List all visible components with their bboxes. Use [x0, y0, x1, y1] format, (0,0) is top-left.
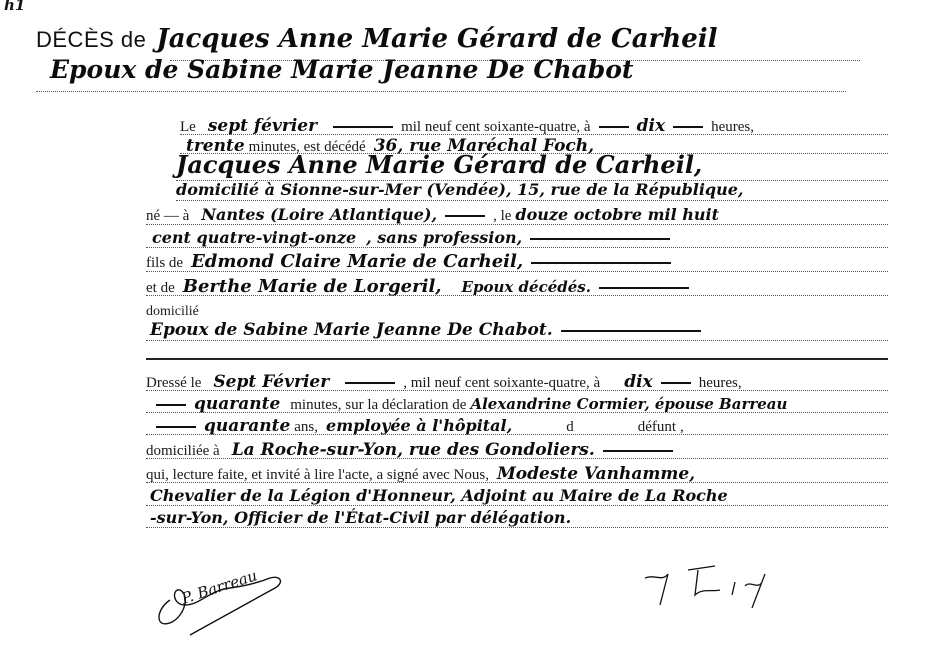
death-hour: dix: [637, 116, 665, 136]
ne-label: né — à: [146, 208, 189, 224]
birth-line: né — à Nantes (Loire Atlantique), , le d…: [146, 205, 719, 225]
dresse-label: Dressé le: [146, 375, 201, 391]
fils-label: fils de: [146, 255, 183, 271]
signature-left-icon: [150, 560, 300, 640]
declarant-address: La Roche-sur-Yon, rue des Gondoliers.: [232, 440, 595, 460]
profession: , sans profession,: [366, 228, 522, 247]
officer-title-line: Chevalier de la Légion d'Honneur, Adjoin…: [150, 486, 728, 506]
father-name: Edmond Claire Marie de Carheil,: [191, 251, 523, 272]
declarant-age-line: quarante ans, employée à l'hôpital, d dé…: [152, 416, 684, 436]
deceased-domicile: domicilié à Sionne-sur-Mer (Vendée), 15,…: [176, 180, 744, 199]
corner-mark: h1: [4, 0, 25, 14]
lecture-label: qui, lecture faite, et invité à lire l'a…: [146, 467, 489, 483]
birthplace: Nantes (Loire Atlantique),: [201, 205, 437, 224]
defunt-label: défunt: [638, 419, 676, 435]
parents-status: Epoux décédés.: [462, 278, 591, 296]
act-date: Sept Février: [213, 372, 329, 392]
act-year-printed: , mil neuf cent soixante-quatre, à: [403, 375, 600, 391]
act-date-line: Dressé le Sept Février , mil neuf cent s…: [146, 372, 742, 392]
signature-right-icon: [640, 560, 840, 620]
declaration-label: minutes, sur la déclaration de: [290, 397, 466, 413]
death-date-line: Le sept février mil neuf cent soixante-q…: [180, 116, 754, 136]
birth-year-line: cent quatre-vingt-onze , sans profession…: [152, 228, 674, 248]
declarant-signature: P. Barreau: [150, 560, 300, 645]
death-date: sept février: [208, 116, 317, 136]
deceased-name-line: Jacques Anne Marie Gérard de Carheil,: [176, 150, 702, 179]
domiciliee-label: domiciliée à: [146, 443, 220, 459]
le-label-2: , le: [493, 208, 511, 224]
et-de-label: et de: [146, 280, 175, 296]
declarant-age: quarante: [204, 416, 290, 436]
officer-title: Chevalier de la Légion d'Honneur, Adjoin…: [150, 486, 728, 505]
birth-year: cent quatre-vingt-onze: [152, 228, 356, 247]
title-printed: DÉCÈS de: [36, 27, 146, 52]
spouse-heading: Epoux de Sabine Marie Jeanne De Chabot: [50, 55, 633, 84]
father-line: fils de Edmond Claire Marie de Carheil,: [146, 251, 675, 272]
ans-label: ans,: [294, 419, 318, 435]
le-label: Le: [180, 119, 196, 135]
d-label: d: [566, 419, 574, 435]
mother-name: Berthe Marie de Lorgeril,: [183, 276, 442, 297]
declaration-line: quarante minutes, sur la déclaration de …: [152, 394, 787, 414]
deceased-name-heading: Jacques Anne Marie Gérard de Carheil: [156, 24, 717, 54]
birth-date: douze octobre mil huit: [515, 205, 719, 224]
act-heures-label: heures,: [699, 375, 742, 391]
domicilie-label-line: domicilié: [146, 302, 199, 320]
death-certificate-page: h1 DÉCÈS de Jacques Anne Marie Gérard de…: [0, 0, 930, 646]
reading-line: qui, lecture faite, et invité à lire l'a…: [146, 464, 695, 484]
declarant-occupation: employée à l'hôpital,: [326, 416, 512, 435]
deceased-name: Jacques Anne Marie Gérard de Carheil,: [176, 150, 702, 179]
domicilie-label: domicilié: [146, 304, 199, 319]
officer-name: Modeste Vanhamme,: [497, 464, 695, 484]
officer-title-2: -sur-Yon, Officier de l'État-Civil par d…: [150, 508, 571, 527]
spouse-line: Epoux de Sabine Marie Jeanne De Chabot.: [150, 320, 705, 340]
mother-line: et de Berthe Marie de Lorgeril, Epoux dé…: [146, 276, 693, 297]
domicile-line: domicilié à Sionne-sur-Mer (Vendée), 15,…: [176, 180, 744, 200]
act-minutes: quarante: [194, 394, 280, 414]
heures-label: heures,: [711, 119, 754, 135]
officer-signature: [640, 560, 840, 625]
act-hour: dix: [624, 372, 652, 392]
spouse-heading-text: Epoux de Sabine Marie Jeanne De Chabot: [50, 55, 633, 84]
rule: [36, 91, 846, 92]
certificate-title: DÉCÈS de Jacques Anne Marie Gérard de Ca…: [36, 24, 718, 54]
declarant-address-line: domiciliée à La Roche-sur-Yon, rue des G…: [146, 440, 677, 460]
spouse-name: Epoux de Sabine Marie Jeanne De Chabot.: [150, 320, 553, 340]
officer-title-line-2: -sur-Yon, Officier de l'État-Civil par d…: [150, 508, 571, 528]
year-printed: mil neuf cent soixante-quatre, à: [401, 119, 591, 135]
declarant-name: Alexandrine Cormier, épouse Barreau: [470, 395, 787, 413]
